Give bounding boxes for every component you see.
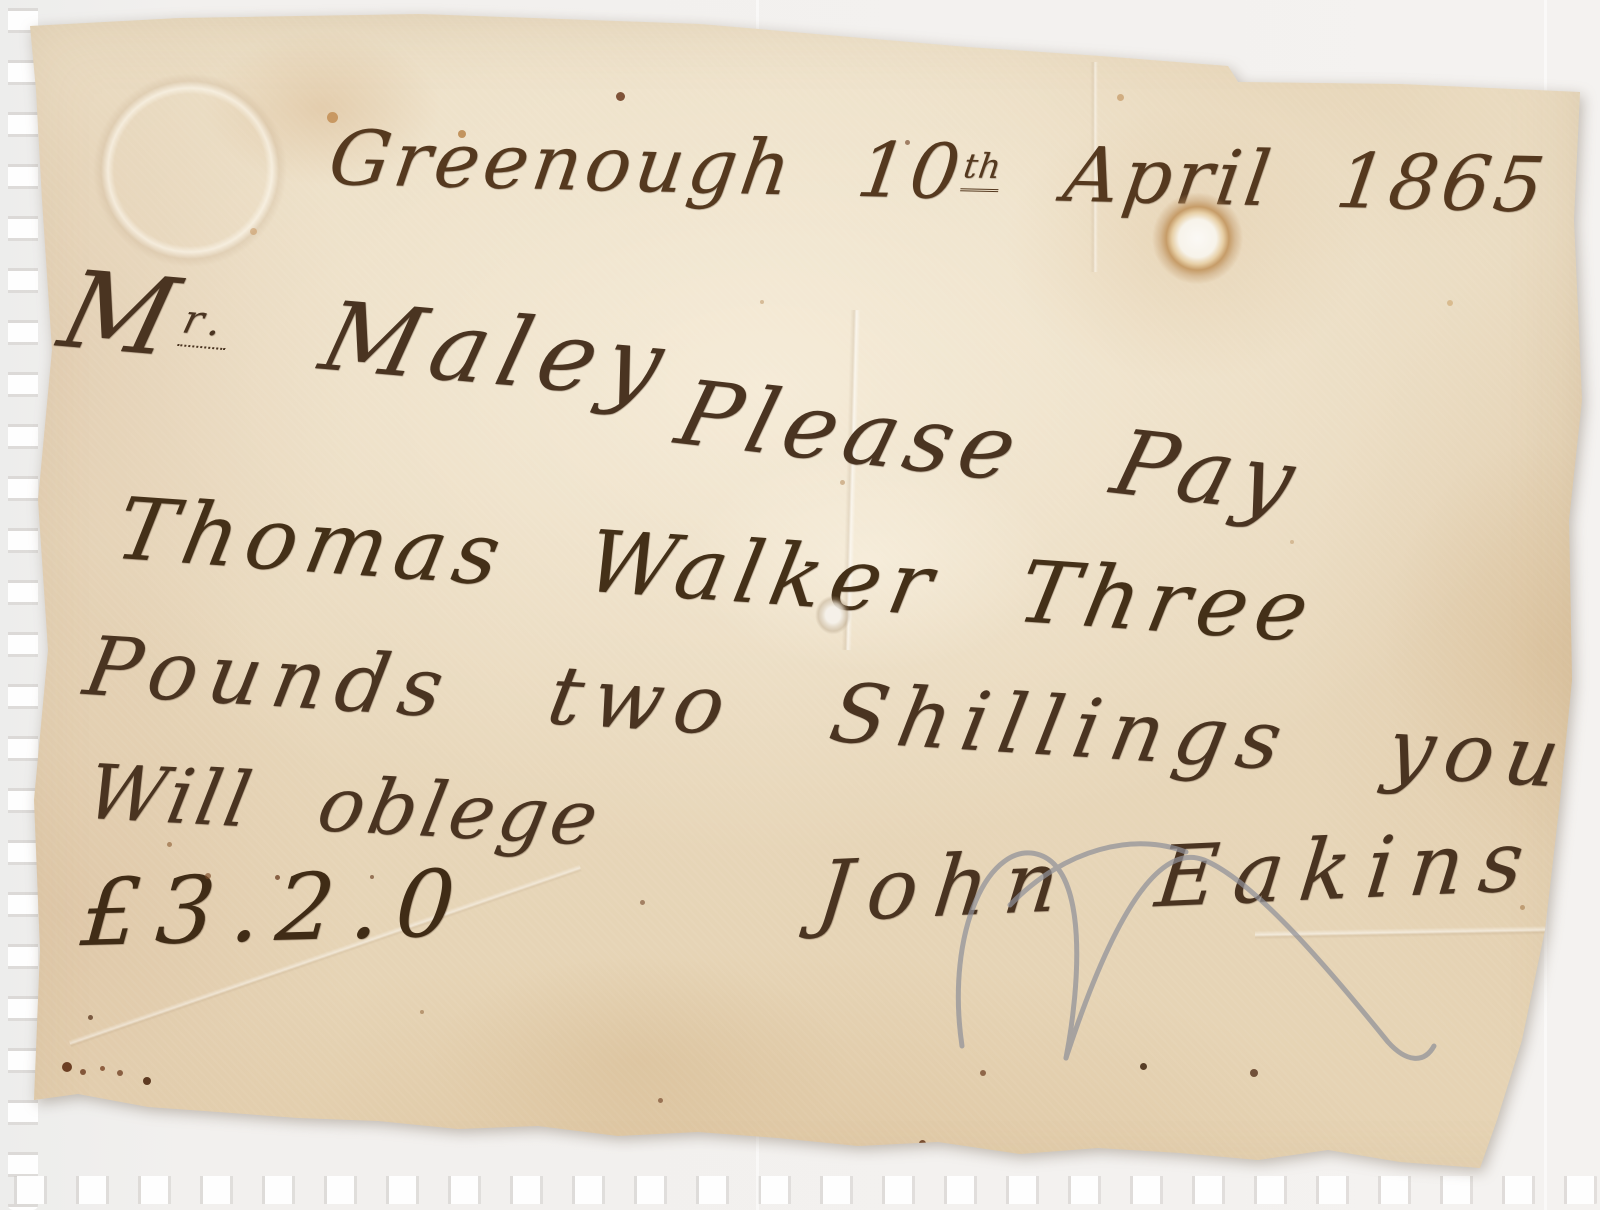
foxing-spot [640,900,645,905]
foxing-spot [143,1077,151,1085]
foxing-spot [840,480,845,485]
closing-line: Will oblege [81,754,608,856]
paper-note: Greenough 10th April 1865 Mr. Maley Plea… [0,0,1600,1210]
foxing-spot [100,1066,105,1071]
request-line: Please Pay [669,369,1311,528]
foxing-spot [905,140,910,145]
date-line: Greenough 10th April 1865 [324,120,1552,223]
foxing-spot [420,1010,424,1014]
foxing-spot [250,228,257,235]
date-day-suffix: th [960,146,1004,192]
foxing-spot [616,92,625,101]
foxing-spot [117,1070,123,1076]
foxing-spot [1520,905,1525,910]
punch-hole [1131,167,1264,305]
paper-shadow-wrap: Greenough 10th April 1865 Mr. Maley Plea… [0,0,1600,1210]
foxing-spot [919,1140,926,1147]
foxing-spot [1570,50,1577,57]
honorific-initial: M [49,248,199,381]
foxing-spot [275,875,280,880]
foxing-spot [167,842,172,847]
foxing-spot [370,875,374,879]
foxing-spot [327,112,338,123]
foxing-spot [88,1015,93,1020]
recipient-name: Maley [311,281,684,421]
foxing-spot [1250,1069,1258,1077]
amount-figures: £3.2.0 [78,858,474,960]
foxing-spot [980,1070,986,1076]
date-month-year: April 1865 [1058,130,1553,230]
foxing-spot [1447,300,1453,306]
signature-name: John Eakins [813,818,1543,934]
foxing-spot [458,130,466,138]
foxing-spot [760,300,764,304]
foxing-spot [62,1062,72,1072]
date-day: 10th [852,125,1007,217]
foxing-spot [1117,94,1124,101]
salutation-line: Mr. Maley [51,257,685,416]
foxing-spot [1290,540,1294,544]
foxing-spot [658,1098,663,1103]
damage-spot [810,590,856,640]
foxing-spot [205,873,211,879]
fold-crease [1255,925,1585,940]
place-name: Greenough [324,113,801,212]
foxing-spot [935,1148,941,1154]
foxing-spot [80,1069,86,1075]
foxing-spot [1140,1063,1147,1070]
document-scan: Greenough 10th April 1865 Mr. Maley Plea… [0,0,1600,1210]
